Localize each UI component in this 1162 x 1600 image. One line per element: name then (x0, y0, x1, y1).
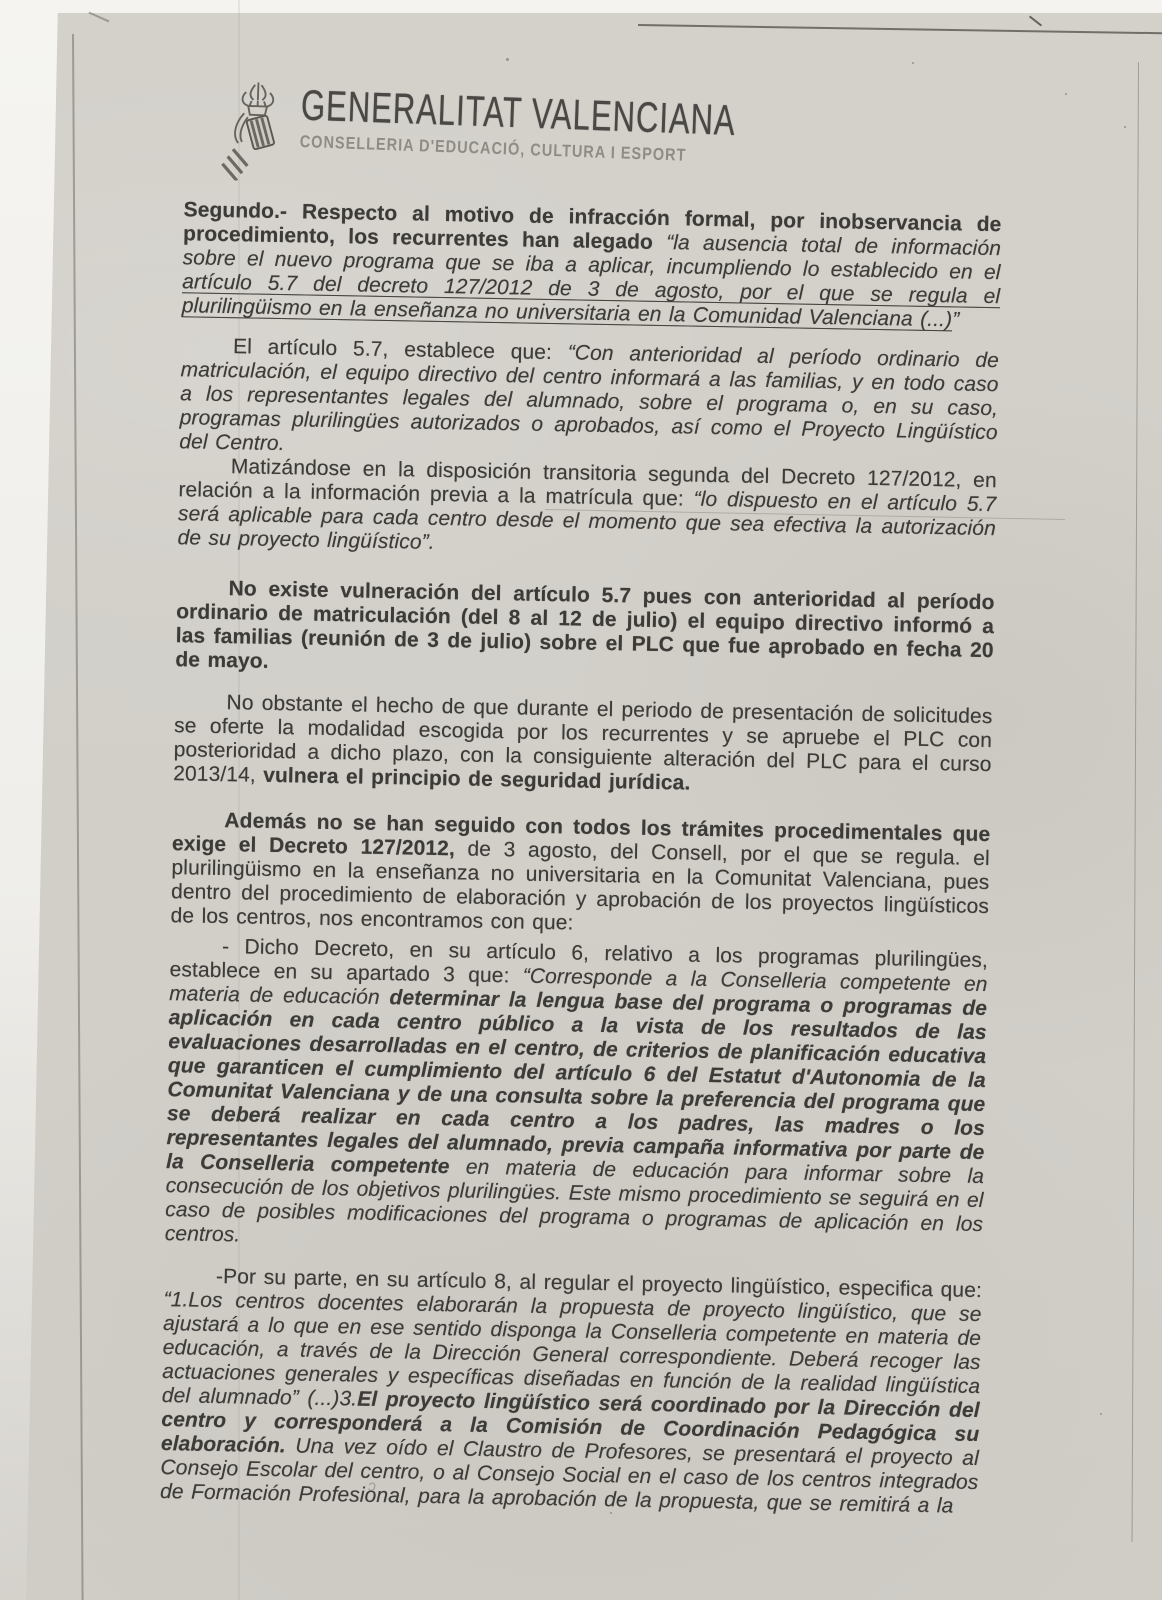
letterhead: GENERALITAT VALENCIANA CONSELLERIA D'EDU… (216, 78, 1005, 213)
paragraph-no-existe-vulneracion: No existe vulneración del artículo 5.7 p… (175, 576, 995, 687)
letterhead-text: GENERALITAT VALENCIANA CONSELLERIA D'EDU… (300, 81, 737, 165)
scan-speck (912, 62, 914, 64)
paper-top-edge (638, 24, 1162, 34)
document-body: Segundo.- Respecto al motivo de infracci… (160, 198, 1002, 1519)
paragraph-segundo: Segundo.- Respecto al motivo de infracci… (182, 198, 1002, 333)
paragraph-por-su-parte: -Por su parte, en su artículo 8, al regu… (160, 1264, 982, 1519)
scan-top-margin (0, 0, 1162, 13)
paragraph-articulo-5-7: El artículo 5.7, establece que: “Con ant… (179, 334, 999, 469)
document-content: GENERALITAT VALENCIANA CONSELLERIA D'EDU… (160, 77, 1006, 1519)
paper-left-edge (72, 34, 83, 1600)
paper-right-edge (1132, 62, 1140, 1542)
scan-speck (506, 58, 509, 61)
paragraph-dicho-decreto: - Dicho Decreto, en su artículo 6, relat… (165, 934, 989, 1261)
text-segment: No existe vulneración del artículo 5.7 p… (175, 577, 995, 673)
scan-speck (1124, 126, 1126, 128)
scan-left-margin (0, 0, 70, 1600)
pen-mark (1029, 16, 1042, 27)
paragraph-ademas: Además no se han seguido con todos los t… (170, 808, 990, 943)
text-segment: ” (952, 308, 960, 331)
scanned-page: ɔ (0, 0, 1162, 1600)
paragraph-matizandose: Matizándose en la disposición transitori… (177, 454, 997, 565)
text-segment: determinar la lengua base del programa o… (166, 986, 987, 1178)
generalitat-crest-icon (216, 80, 296, 188)
scan-speck (1100, 1413, 1102, 1415)
scan-speck (1065, 93, 1067, 95)
corner-mark (89, 12, 110, 22)
paragraph-no-obstante: No obstante el hecho de que durante el p… (173, 690, 993, 801)
